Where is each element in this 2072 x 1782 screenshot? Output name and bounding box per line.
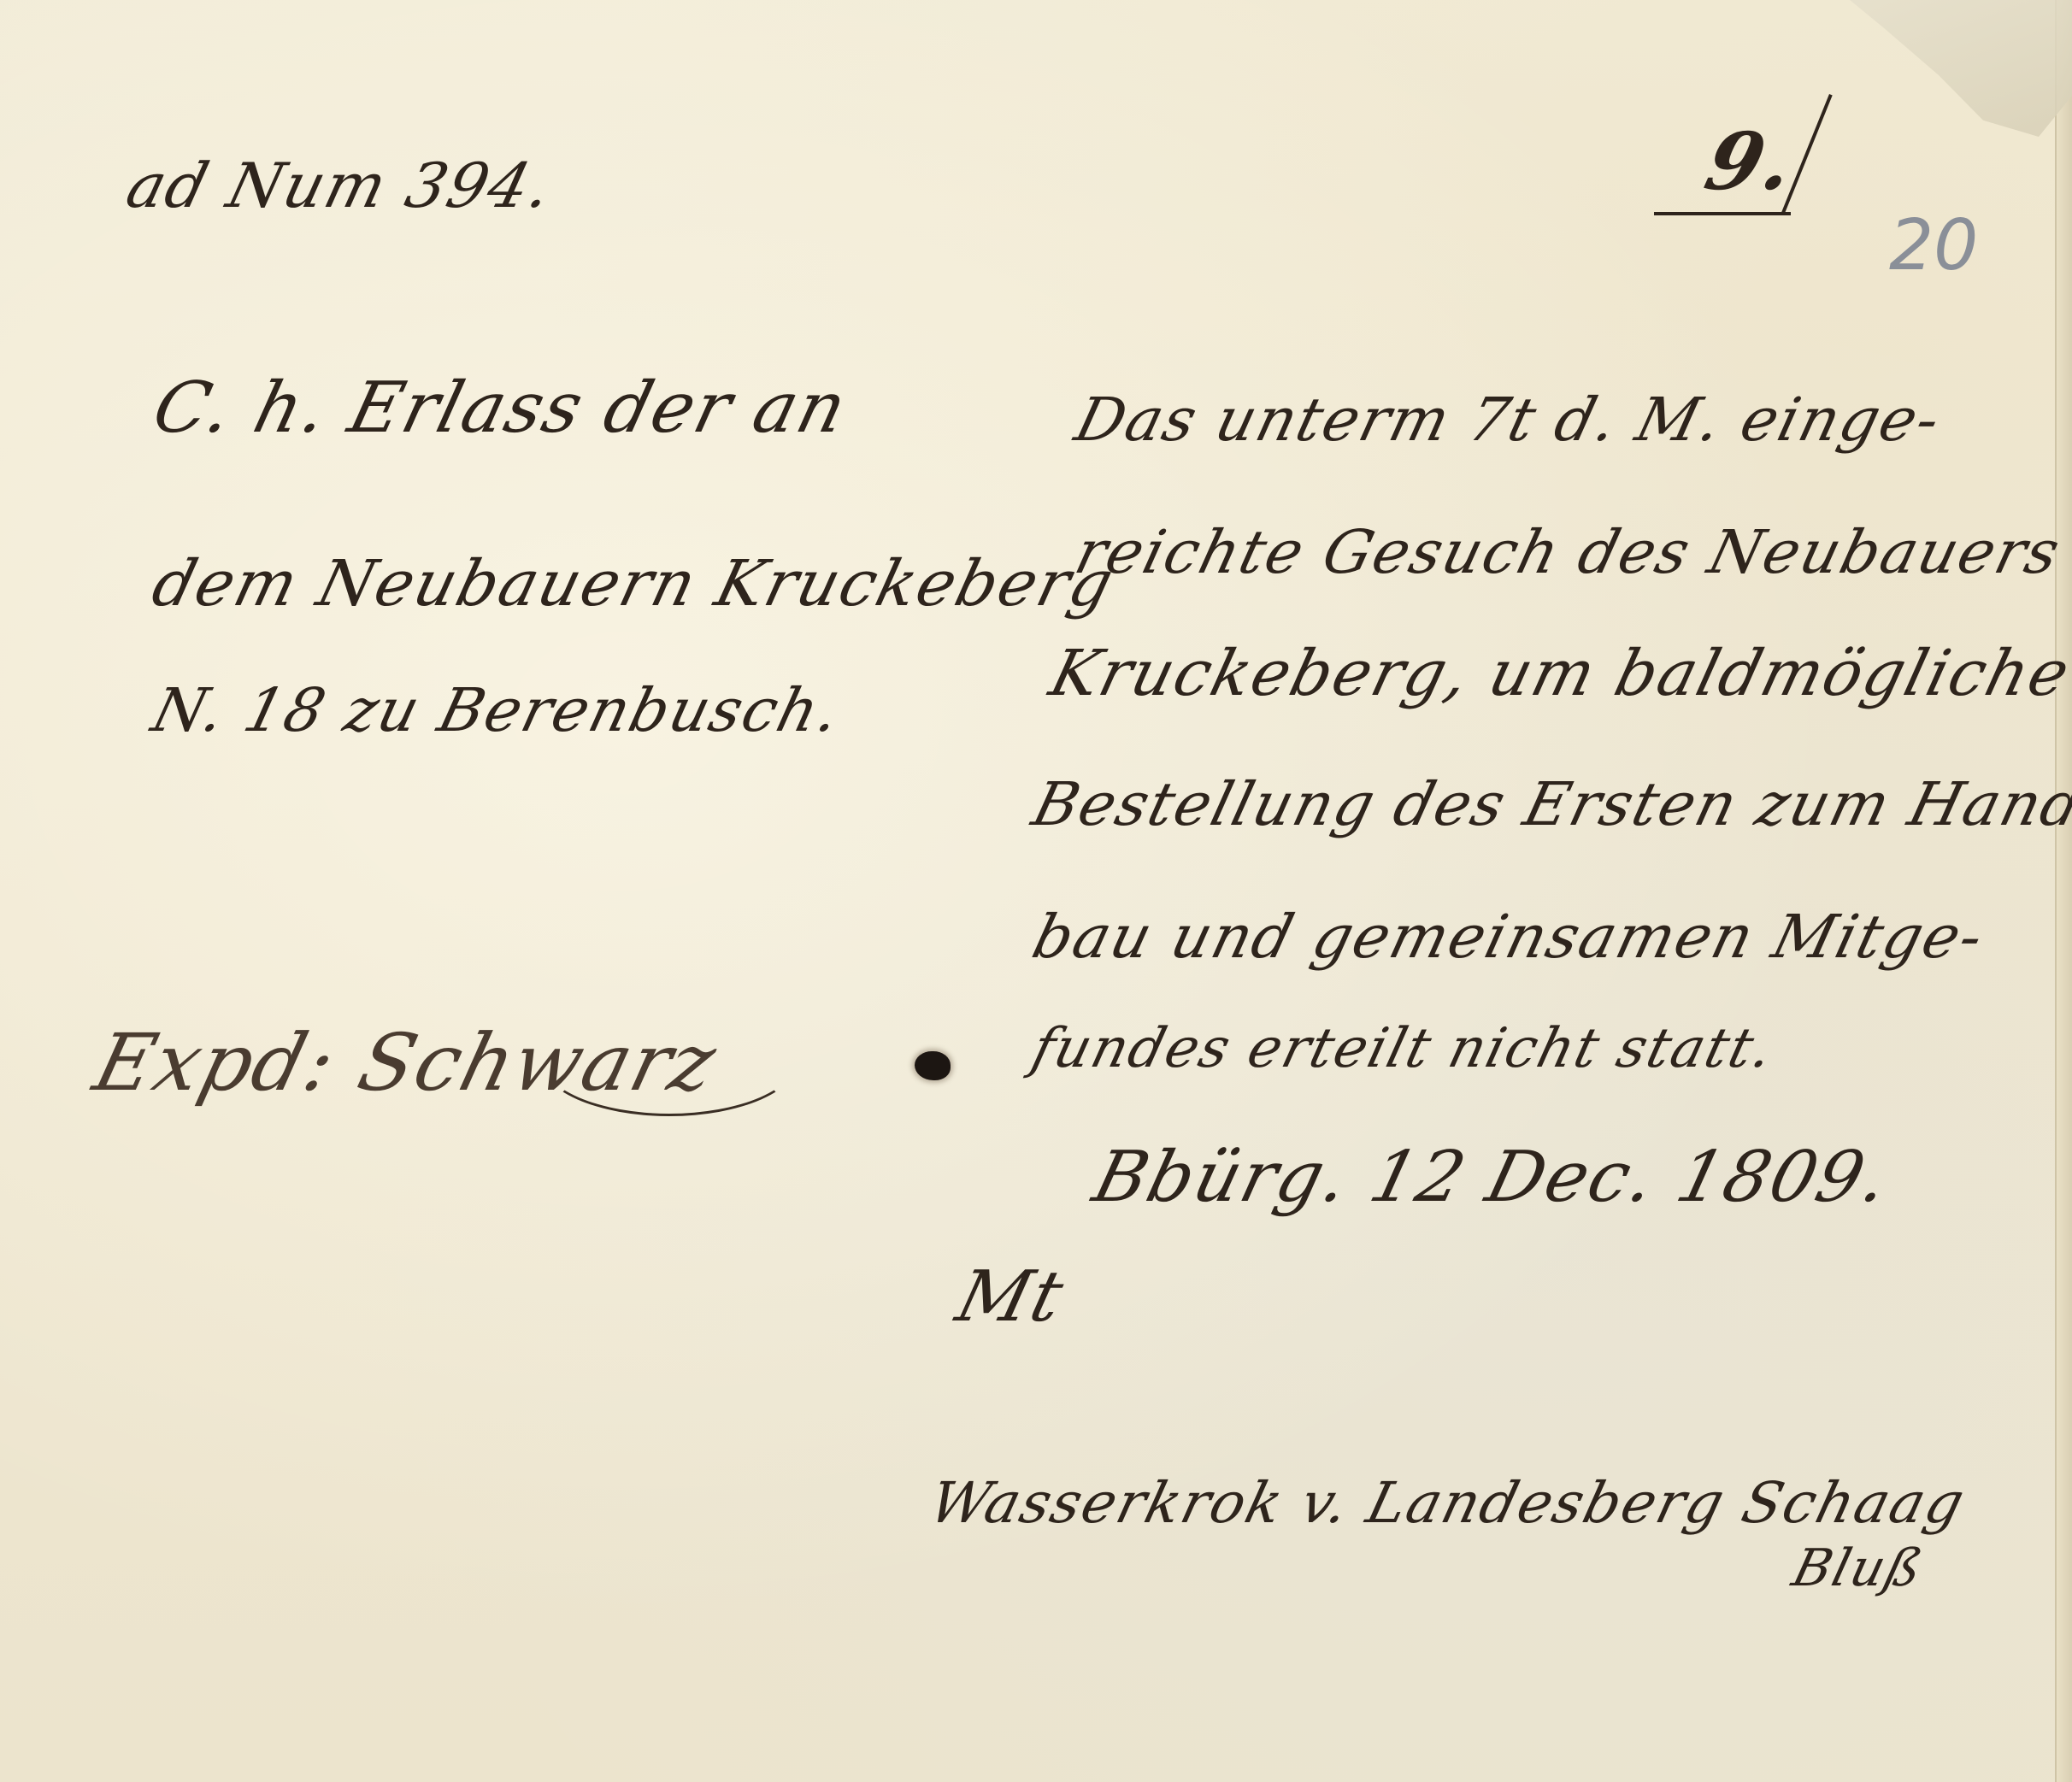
ink-blot [915,1051,951,1080]
body-line-5: bau und gemeinsamen Mitge- [1026,902,1992,972]
initials: Mt [949,1256,1073,1338]
body-line-3: Kruckeberg, um baldmögliche [1043,637,2072,710]
signature-line: Wasserkrok v. Landesberg Schaag [923,1470,1972,1536]
reference-number: ad Num 394. [120,150,561,221]
folio-underline [1654,212,1791,215]
left-line-3: N. 18 zu Berenbusch. [145,675,848,745]
date-line: Bbürg. 12 Dec. 1809. [1086,1137,1898,1218]
body-line-6: fundes erteilt nicht statt. [1026,1017,1781,1080]
body-line-4: Bestellung des Ersten zum Hand- [1026,769,2072,839]
left-line-1: C. h. Erlass der an [145,368,856,449]
body-line-2: reichte Gesuch des Neubauers [1068,517,2068,587]
body-line-1: Das unterm 7t d. M. einge- [1068,385,1948,455]
paper-edge [2055,0,2072,1782]
signature-extra: Bluß [1787,1538,1929,1598]
left-line-2: dem Neubauern Kruckeberg [145,547,1121,620]
expedition-flourish [539,1000,800,1116]
pencil-page-number: 20 [1889,205,1978,286]
